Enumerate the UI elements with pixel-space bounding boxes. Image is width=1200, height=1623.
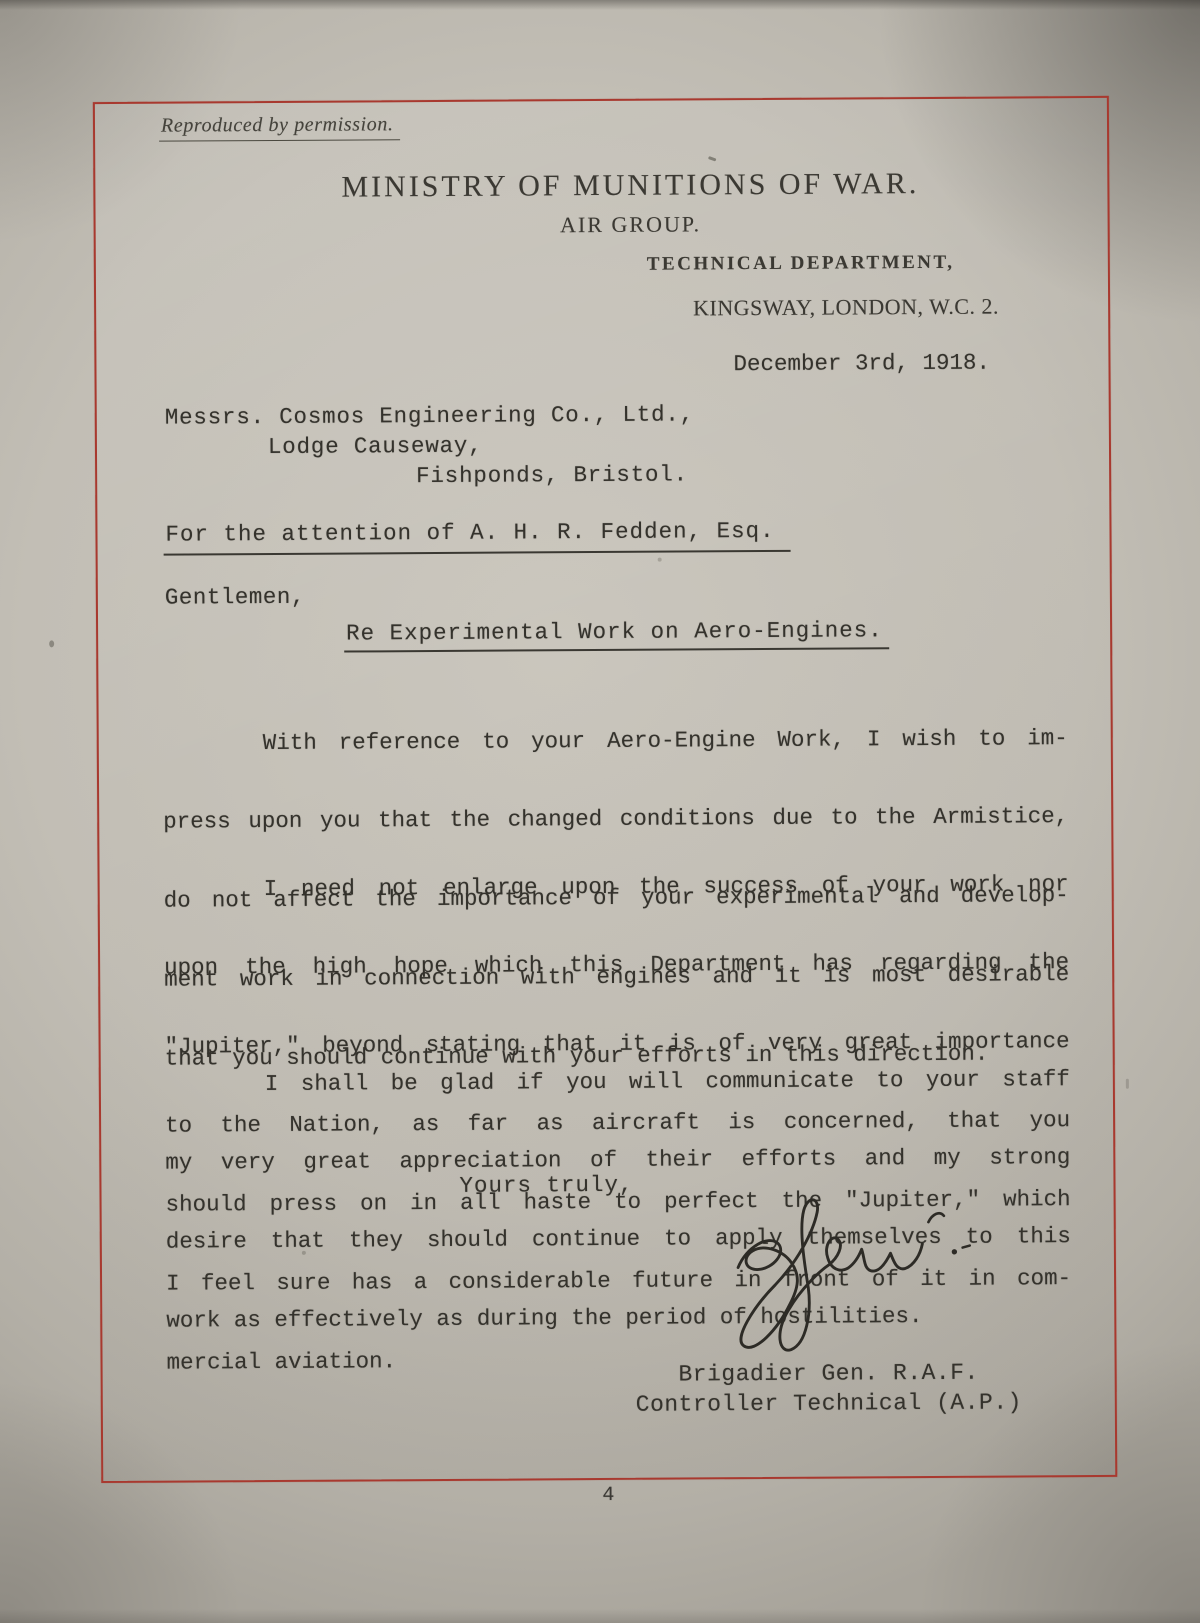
attention-line: For the attention of A. H. R. Fedden, Es… (163, 518, 790, 556)
page-number: 4 (602, 1483, 614, 1509)
body-line: upon the high hope which this Department… (164, 950, 1069, 982)
salutation: Gentlemen, (165, 584, 305, 611)
letter-photograph: Reproduced by permission. MINISTRY OF MU… (0, 0, 1200, 1623)
recipient-street: Lodge Causeway, (268, 433, 483, 461)
paper-speck (658, 558, 662, 562)
reproduced-by-permission-stamp: Reproduced by permission. (159, 113, 400, 141)
paper-speck (302, 1251, 306, 1255)
letter-sheet: Reproduced by permission. MINISTRY OF MU… (0, 0, 1200, 1623)
handwritten-signature (695, 1186, 976, 1358)
paper-speck (1126, 1079, 1129, 1089)
paper-speck (49, 640, 54, 647)
valediction: Yours truly, (459, 1172, 633, 1199)
letter-date: December 3rd, 1918. (733, 350, 990, 378)
body-line: I need not enlarge upon the success of y… (164, 871, 1069, 903)
subject-line: Re Experimental Work on Aero-Engines. (344, 617, 889, 653)
signer-title: Controller Technical (A.P.) (614, 1389, 1044, 1418)
recipient-city: Fishponds, Bristol. (416, 461, 688, 489)
body-line: I shall be glad if you will communicate … (165, 1066, 1070, 1098)
body-line: With reference to your Aero-Engine Work,… (163, 725, 1068, 757)
ministry-title: MINISTRY OF MUNITIONS OF WAR. (124, 166, 1136, 206)
signer-rank: Brigadier Gen. R.A.F. (614, 1359, 1044, 1388)
letterhead-address: KINGSWAY, LONDON, W.C. 2. (693, 294, 999, 322)
technical-department-line: TECHNICAL DEPARTMENT, (647, 252, 955, 276)
recipient-company: Messrs. Cosmos Engineering Co., Ltd., (165, 401, 694, 431)
